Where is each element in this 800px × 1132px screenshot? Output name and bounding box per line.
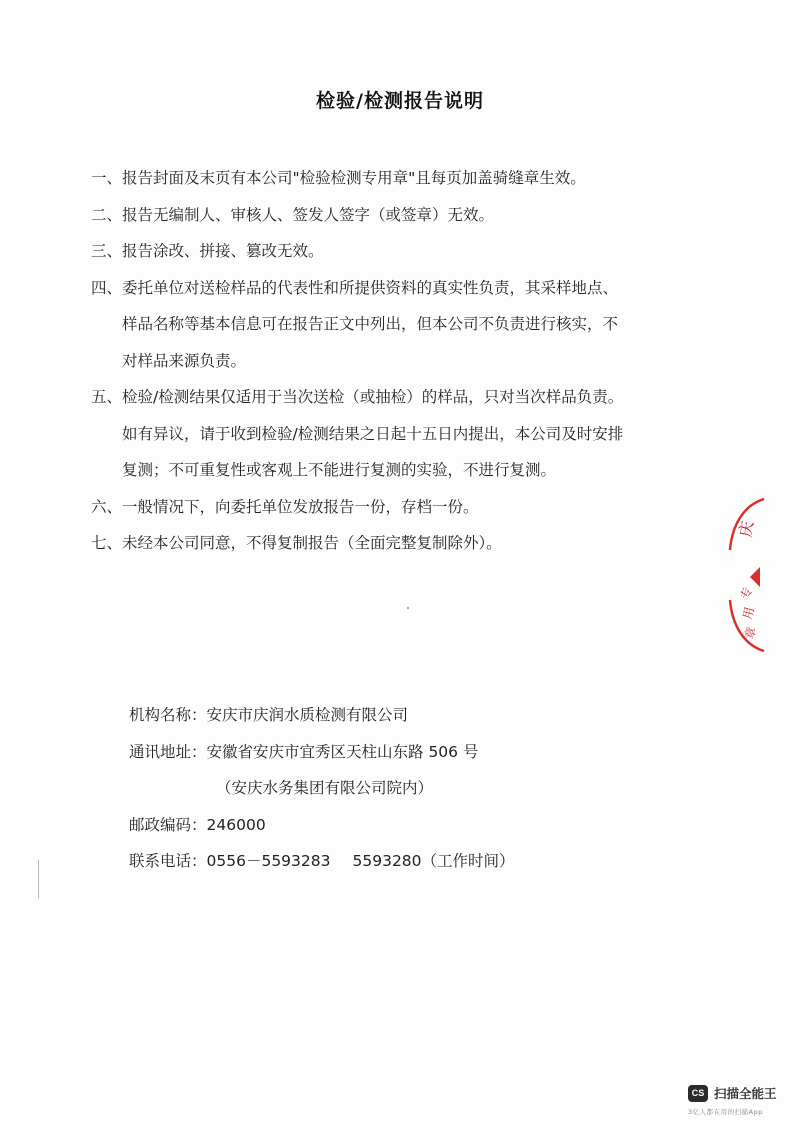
clause-text: 复测；不可重复性或客观上不能进行复测的实验，不进行复测。 xyxy=(91,452,691,489)
watermark-tagline: 3亿人都在用的扫描App xyxy=(688,1107,763,1116)
svg-text:专: 专 xyxy=(737,585,755,600)
org-name-value: 安庆市庆润水质检测有限公司 xyxy=(207,706,409,724)
document-page: 检验/检测报告说明 一、报告封面及末页有本公司"检验检测专用章"且每页加盖骑缝章… xyxy=(0,0,800,1132)
clause-item: 二、报告无编制人、审核人、签发人签字（或签章）无效。 xyxy=(91,197,691,234)
clause-number: 三、 xyxy=(91,242,122,260)
phone-label: 联系电话： xyxy=(129,852,207,870)
postcode-label: 邮政编码： xyxy=(129,816,207,834)
watermark-app-name: 扫描全能王 xyxy=(714,1085,777,1102)
org-name-label: 机构名称： xyxy=(129,706,207,724)
scanner-watermark: CS 扫描全能王 3亿人都在用的扫描App xyxy=(688,1085,798,1125)
clause-number: 六、 xyxy=(91,498,122,516)
clause-item: 五、检验/检测结果仅适用于当次送检（或抽检）的样品，只对当次样品负责。 如有异议… xyxy=(91,379,691,489)
clause-number: 七、 xyxy=(91,534,122,552)
clause-number: 一、 xyxy=(91,169,122,187)
contact-info: 机构名称：安庆市庆润水质检测有限公司 通讯地址：安徽省安庆市宜秀区天柱山东路 5… xyxy=(129,697,629,880)
clause-text: 如有异议，请于收到检验/检测结果之日起十五日内提出，本公司及时安排 xyxy=(91,416,691,453)
clause-text: 对样品来源负责。 xyxy=(91,343,691,380)
clause-item: 七、未经本公司同意，不得复制报告（全面完整复制除外）。 xyxy=(91,525,691,562)
address-row: 通讯地址：安徽省安庆市宜秀区天柱山东路 506 号 xyxy=(129,734,629,771)
postcode-value: 246000 xyxy=(207,816,266,834)
scan-speck xyxy=(407,607,409,609)
clause-list: 一、报告封面及末页有本公司"检验检测专用章"且每页加盖骑缝章生效。 二、报告无编… xyxy=(91,160,691,562)
clause-text: 检验/检测结果仅适用于当次送检（或抽检）的样品，只对当次样品负责。 xyxy=(122,388,623,406)
camscanner-logo-icon: CS xyxy=(688,1085,708,1102)
svg-text:章: 章 xyxy=(741,625,759,640)
svg-text:用: 用 xyxy=(740,605,757,620)
clause-item: 六、一般情况下，向委托单位发放报告一份，存档一份。 xyxy=(91,489,691,526)
clause-text: 报告涂改、拼接、篡改无效。 xyxy=(122,242,324,260)
clause-text: 报告封面及末页有本公司"检验检测专用章"且每页加盖骑缝章生效。 xyxy=(122,169,586,187)
postcode-row: 邮政编码：246000 xyxy=(129,807,629,844)
clause-text: 未经本公司同意，不得复制报告（全面完整复制除外）。 xyxy=(122,534,502,552)
phone-row: 联系电话：0556－55932835593280（工作时间） xyxy=(129,843,629,880)
clause-item: 四、委托单位对送检样品的代表性和所提供资料的真实性负责，其采样地点、 样品名称等… xyxy=(91,270,691,380)
seal-stamp-icon: 庆 专 用 章 xyxy=(724,495,768,655)
clause-number: 四、 xyxy=(91,279,122,297)
phone-value-2: 5593280（工作时间） xyxy=(353,852,515,870)
svg-text:庆: 庆 xyxy=(736,520,757,539)
clause-item: 一、报告封面及末页有本公司"检验检测专用章"且每页加盖骑缝章生效。 xyxy=(91,160,691,197)
clause-number: 五、 xyxy=(91,388,122,406)
clause-item: 三、报告涂改、拼接、篡改无效。 xyxy=(91,233,691,270)
org-name-row: 机构名称：安庆市庆润水质检测有限公司 xyxy=(129,697,629,734)
address-note: （安庆水务集团有限公司院内） xyxy=(216,779,433,797)
clause-text: 样品名称等基本信息可在报告正文中列出，但本公司不负责进行核实，不 xyxy=(91,306,691,343)
clause-text: 一般情况下，向委托单位发放报告一份，存档一份。 xyxy=(122,498,479,516)
address-value: 安徽省安庆市宜秀区天柱山东路 506 号 xyxy=(207,743,479,761)
address-note-row: （安庆水务集团有限公司院内） xyxy=(129,770,629,807)
phone-value-1: 0556－5593283 xyxy=(207,852,331,870)
clause-text: 委托单位对送检样品的代表性和所提供资料的真实性负责，其采样地点、 xyxy=(122,279,618,297)
address-label: 通讯地址： xyxy=(129,743,207,761)
binding-mark xyxy=(38,860,39,898)
clause-text: 报告无编制人、审核人、签发人签字（或签章）无效。 xyxy=(122,206,494,224)
document-title: 检验/检测报告说明 xyxy=(0,86,800,113)
clause-number: 二、 xyxy=(91,206,122,224)
